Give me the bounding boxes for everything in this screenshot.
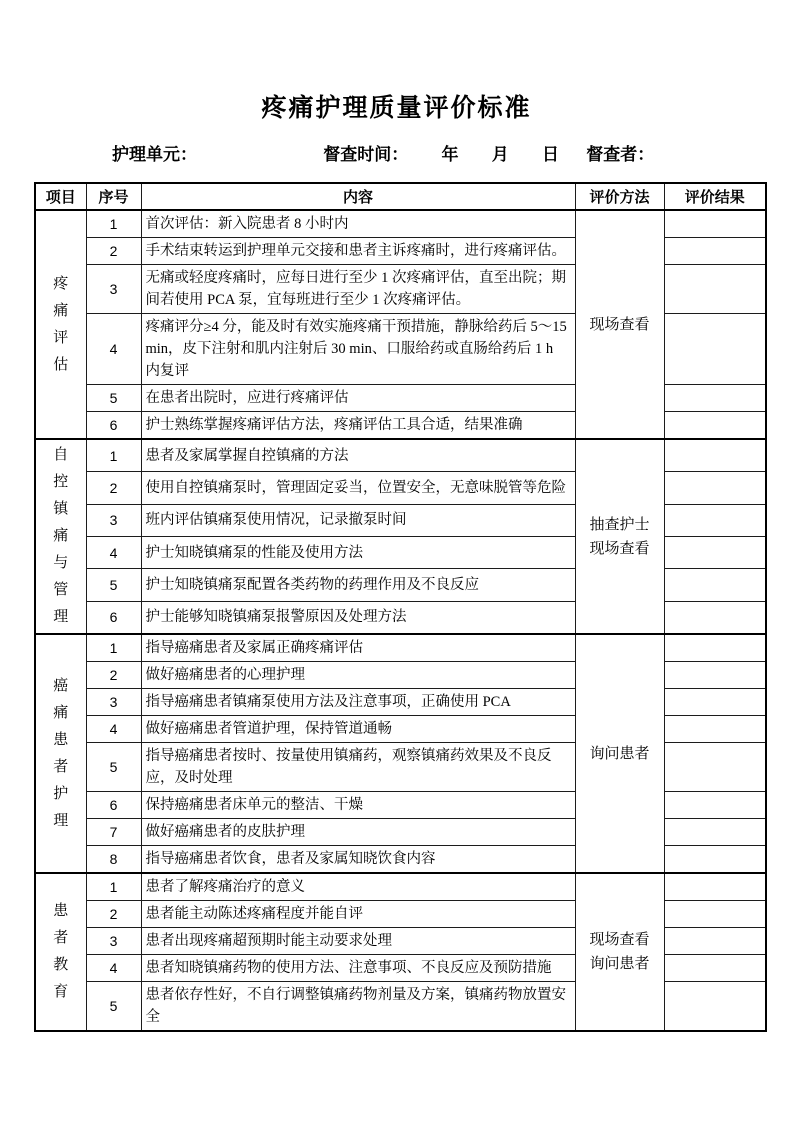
row-number: 5 <box>86 982 141 1032</box>
table-row: 癌痛患者护理1指导癌痛患者及家属正确疼痛评估询问患者 <box>35 634 766 662</box>
inspect-time-label: 督查时间： <box>323 144 408 166</box>
header-method: 评价方法 <box>575 183 664 210</box>
row-content: 指导癌痛患者及家属正确疼痛评估 <box>141 634 575 662</box>
row-content: 指导癌痛患者按时、按量使用镇痛药，观察镇痛药效果及不良反应，及时处理 <box>141 743 575 792</box>
row-content: 患者了解疼痛治疗的意义 <box>141 873 575 901</box>
project-label: 患者教育 <box>35 873 86 1031</box>
table-body: 疼痛评估1首次评估：新入院患者 8 小时内现场查看2手术结束转运到护理单元交接和… <box>35 210 766 1031</box>
method-label: 现场查看 询问患者 <box>575 873 664 1031</box>
result-cell <box>664 634 766 662</box>
row-number: 4 <box>86 716 141 743</box>
row-content: 护士能够知晓镇痛泵报警原因及处理方法 <box>141 601 575 634</box>
row-number: 8 <box>86 846 141 874</box>
result-cell <box>664 439 766 472</box>
table-row: 患者教育1患者了解疼痛治疗的意义现场查看 询问患者 <box>35 873 766 901</box>
row-number: 3 <box>86 928 141 955</box>
row-content: 护士知晓镇痛泵配置各类药物的药理作用及不良反应 <box>141 569 575 601</box>
result-cell <box>664 601 766 634</box>
result-cell <box>664 385 766 412</box>
result-cell <box>664 743 766 792</box>
row-number: 6 <box>86 792 141 819</box>
row-number: 2 <box>86 472 141 504</box>
year-label: 年 <box>442 144 459 166</box>
result-cell <box>664 238 766 265</box>
row-content: 手术结束转运到护理单元交接和患者主诉疼痛时，进行疼痛评估。 <box>141 238 575 265</box>
header-project: 项目 <box>35 183 86 210</box>
row-content: 护士熟练掌握疼痛评估方法，疼痛评估工具合适，结果准确 <box>141 412 575 440</box>
row-content: 指导癌痛患者饮食，患者及家属知晓饮食内容 <box>141 846 575 874</box>
row-number: 1 <box>86 210 141 238</box>
result-cell <box>664 662 766 689</box>
row-number: 2 <box>86 238 141 265</box>
row-content: 患者能主动陈述疼痛程度并能自评 <box>141 901 575 928</box>
row-number: 5 <box>86 385 141 412</box>
row-number: 5 <box>86 569 141 601</box>
row-content: 患者依存性好，不自行调整镇痛药物剂量及方案，镇痛药物放置安全 <box>141 982 575 1032</box>
row-content: 做好癌痛患者管道护理，保持管道通畅 <box>141 716 575 743</box>
header-number: 序号 <box>86 183 141 210</box>
row-content: 班内评估镇痛泵使用情况，记录撤泵时间 <box>141 504 575 536</box>
document-page: 疼痛护理质量评价标准 护理单元： 督查时间： 年 月 日 督查者： 项目 序号 … <box>0 0 793 1122</box>
row-number: 6 <box>86 412 141 440</box>
result-cell <box>664 689 766 716</box>
result-cell <box>664 412 766 440</box>
row-content: 患者出现疼痛超预期时能主动要求处理 <box>141 928 575 955</box>
result-cell <box>664 716 766 743</box>
row-content: 在患者出院时，应进行疼痛评估 <box>141 385 575 412</box>
day-label: 日 <box>542 144 559 166</box>
result-cell <box>664 265 766 314</box>
result-cell <box>664 846 766 874</box>
row-number: 4 <box>86 536 141 568</box>
result-cell <box>664 955 766 982</box>
result-cell <box>664 314 766 385</box>
row-content: 无痛或轻度疼痛时，应每日进行至少 1 次疼痛评估，直至出院；期间若使用 PCA … <box>141 265 575 314</box>
row-content: 首次评估：新入院患者 8 小时内 <box>141 210 575 238</box>
result-cell <box>664 472 766 504</box>
result-cell <box>664 873 766 901</box>
result-cell <box>664 536 766 568</box>
result-cell <box>664 210 766 238</box>
method-label: 现场查看 <box>575 210 664 439</box>
meta-line: 护理单元： 督查时间： 年 月 日 督查者： <box>112 144 793 166</box>
result-cell <box>664 504 766 536</box>
project-label: 癌痛患者护理 <box>35 634 86 873</box>
row-number: 2 <box>86 901 141 928</box>
header-result: 评价结果 <box>664 183 766 210</box>
row-number: 4 <box>86 314 141 385</box>
row-content: 做好癌痛患者的皮肤护理 <box>141 819 575 846</box>
row-number: 4 <box>86 955 141 982</box>
row-number: 1 <box>86 873 141 901</box>
row-number: 3 <box>86 265 141 314</box>
row-number: 3 <box>86 504 141 536</box>
project-label: 疼痛评估 <box>35 210 86 439</box>
table-row: 疼痛评估1首次评估：新入院患者 8 小时内现场查看 <box>35 210 766 238</box>
row-content: 患者及家属掌握自控镇痛的方法 <box>141 439 575 472</box>
result-cell <box>664 792 766 819</box>
table-row: 自控镇痛与管理1患者及家属掌握自控镇痛的方法抽查护士 现场查看 <box>35 439 766 472</box>
row-content: 护士知晓镇痛泵的性能及使用方法 <box>141 536 575 568</box>
header-row: 项目 序号 内容 评价方法 评价结果 <box>35 183 766 210</box>
row-number: 6 <box>86 601 141 634</box>
row-number: 7 <box>86 819 141 846</box>
row-content: 做好癌痛患者的心理护理 <box>141 662 575 689</box>
row-content: 使用自控镇痛泵时，管理固定妥当，位置安全，无意味脱管等危险 <box>141 472 575 504</box>
month-label: 月 <box>492 144 509 166</box>
row-content: 指导癌痛患者镇痛泵使用方法及注意事项，正确使用 PCA <box>141 689 575 716</box>
row-number: 1 <box>86 634 141 662</box>
row-number: 2 <box>86 662 141 689</box>
method-label: 询问患者 <box>575 634 664 873</box>
method-label: 抽查护士 现场查看 <box>575 439 664 634</box>
row-number: 1 <box>86 439 141 472</box>
nursing-unit-label: 护理单元： <box>112 144 197 166</box>
table-header: 项目 序号 内容 评价方法 评价结果 <box>35 183 766 210</box>
inspector-label: 督查者： <box>586 144 654 166</box>
result-cell <box>664 901 766 928</box>
row-content: 保持癌痛患者床单元的整洁、干燥 <box>141 792 575 819</box>
page-title: 疼痛护理质量评价标准 <box>0 0 793 126</box>
result-cell <box>664 819 766 846</box>
header-content: 内容 <box>141 183 575 210</box>
project-label: 自控镇痛与管理 <box>35 439 86 634</box>
evaluation-table: 项目 序号 内容 评价方法 评价结果 疼痛评估1首次评估：新入院患者 8 小时内… <box>34 182 767 1032</box>
row-content: 患者知晓镇痛药物的使用方法、注意事项、不良反应及预防措施 <box>141 955 575 982</box>
row-number: 3 <box>86 689 141 716</box>
result-cell <box>664 569 766 601</box>
row-number: 5 <box>86 743 141 792</box>
row-content: 疼痛评分≥4 分，能及时有效实施疼痛干预措施，静脉给药后 5～15 min，皮下… <box>141 314 575 385</box>
result-cell <box>664 982 766 1032</box>
result-cell <box>664 928 766 955</box>
